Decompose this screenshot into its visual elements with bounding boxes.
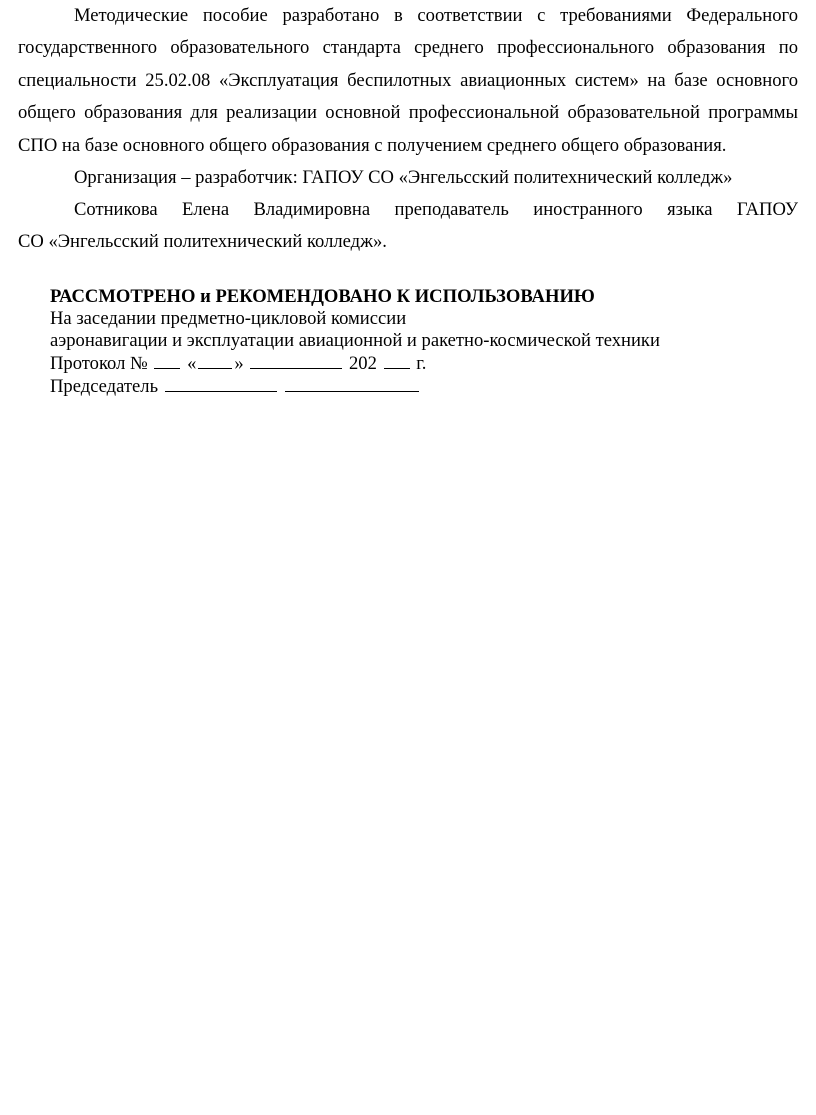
approval-heading: РАССМОТРЕНО и РЕКОМЕНДОВАНО К ИСПОЛЬЗОВА…	[50, 286, 660, 308]
intro-line-3: специальности 25.02.08 «Эксплуатация бес…	[18, 65, 798, 97]
chairman-name-blank	[285, 375, 419, 392]
intro-line-2: государственного образовательного станда…	[18, 32, 798, 64]
organization-line: Организация – разработчик: ГАПОУ СО «Энг…	[18, 162, 798, 194]
author-paragraph: Сотникова Елена Владимировна преподавате…	[18, 194, 798, 259]
intro-paragraph: Методические пособие разработано в соотв…	[18, 0, 798, 162]
author-line-2: СО «Энгельсский политехнический колледж»…	[18, 226, 798, 258]
chairman-line: Председатель	[50, 375, 660, 398]
chairman-signature-blank	[165, 375, 277, 392]
year-suffix: г.	[416, 353, 426, 374]
approval-block: РАССМОТРЕНО и РЕКОМЕНДОВАНО К ИСПОЛЬЗОВА…	[50, 286, 660, 398]
protocol-label: Протокол №	[50, 353, 148, 374]
intro-line-1: Методические пособие разработано в соотв…	[18, 0, 798, 32]
commission-line-2: аэронавигации и эксплуатации авиационной…	[50, 330, 660, 352]
protocol-line: Протокол № «» 202 г.	[50, 352, 660, 375]
commission-line-1: На заседании предметно-цикловой комиссии	[50, 308, 660, 330]
protocol-day-blank	[198, 352, 232, 369]
author-line-1: Сотникова Елена Владимировна преподавате…	[18, 194, 798, 226]
open-quote: «	[187, 353, 196, 374]
protocol-month-blank	[250, 352, 342, 369]
protocol-number-blank	[154, 352, 180, 369]
year-prefix: 202	[349, 353, 377, 374]
protocol-year-blank	[384, 352, 410, 369]
organization-paragraph: Организация – разработчик: ГАПОУ СО «Энг…	[18, 162, 798, 194]
intro-line-4: общего образования для реализации основн…	[18, 97, 798, 129]
intro-line-5: СПО на базе основного общего образования…	[18, 130, 798, 162]
document-page: Методические пособие разработано в соотв…	[0, 0, 816, 1115]
close-quote: »	[234, 353, 243, 374]
chairman-label: Председатель	[50, 376, 158, 397]
